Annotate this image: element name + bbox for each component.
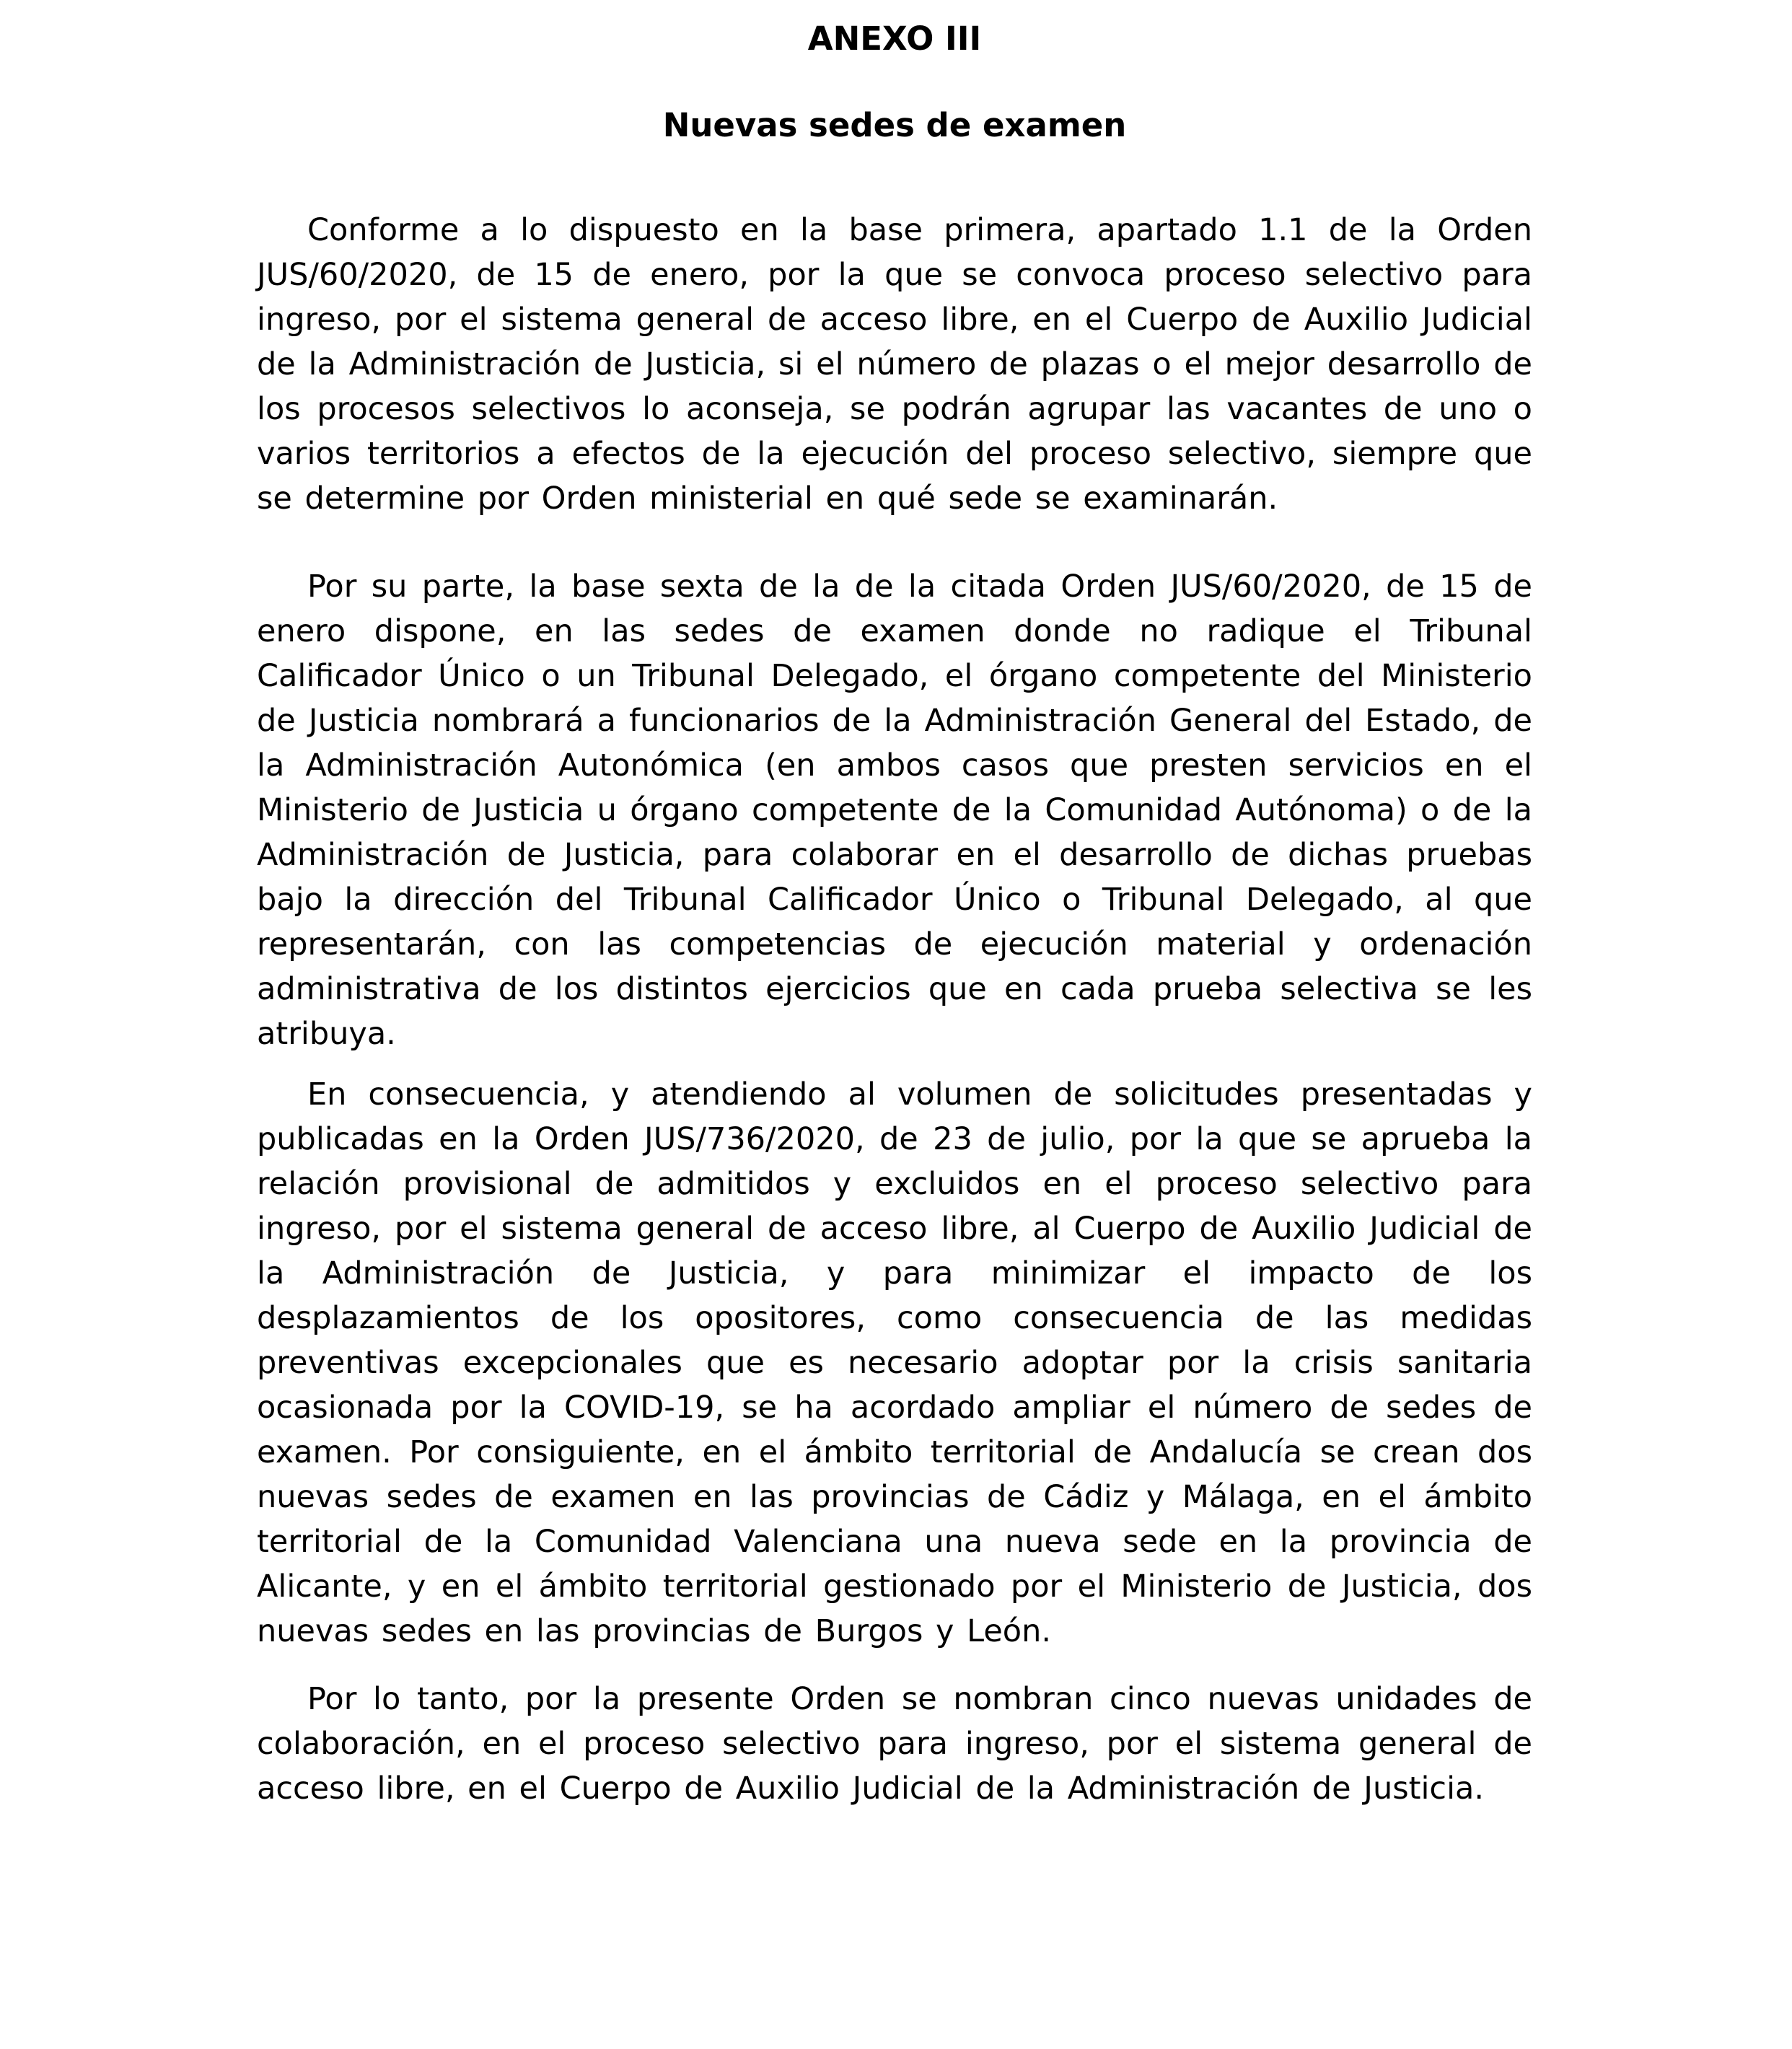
paragraph-por-lo-tanto: Por lo tanto, por la presente Orden se n… bbox=[257, 1677, 1532, 1811]
document-title: ANEXO III bbox=[257, 19, 1532, 59]
paragraph-por-su-parte: Por su parte, la base sexta de la de la … bbox=[257, 564, 1532, 1056]
document-page: ANEXO III Nuevas sedes de examen Conform… bbox=[0, 0, 1792, 2049]
document-body: Conforme a lo dispuesto en la base prime… bbox=[257, 208, 1532, 1811]
document-subtitle: Nuevas sedes de examen bbox=[257, 105, 1532, 146]
paragraph-en-consecuencia: En consecuencia, y atendiendo al volumen… bbox=[257, 1072, 1532, 1654]
paragraph-conforme: Conforme a lo dispuesto en la base prime… bbox=[257, 208, 1532, 521]
